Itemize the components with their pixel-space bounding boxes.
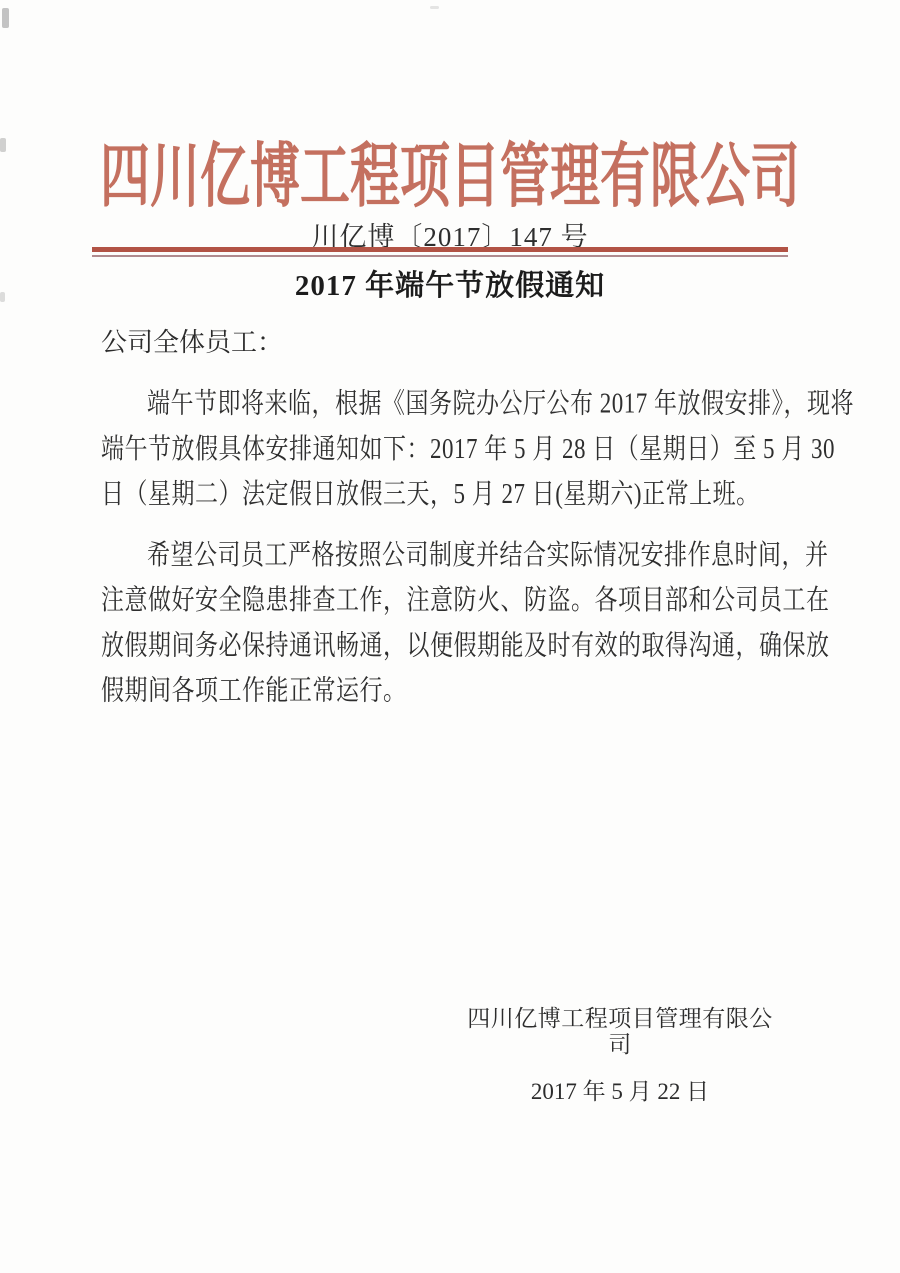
notice-body: 端午节即将来临，根据《国务院办公厅公布 2017 年放假安排》，现将 端午节放假… [101, 381, 825, 713]
notice-title: 2017 年端午节放假通知 [0, 263, 900, 304]
scan-artifact [430, 6, 439, 9]
salutation: 公司全体员工： [101, 322, 283, 359]
scan-artifact [2, 8, 9, 28]
red-divider [92, 247, 788, 257]
letterhead-company-name: 四川亿博工程项目管理有限公司 [0, 120, 900, 221]
body-line: 日（星期二）法定假日放假三天，5 月 27 日(星期六)正常上班。 [101, 471, 825, 516]
signature-company-name: 四川亿博工程项目管理有限公司 [458, 1006, 782, 1058]
body-line: 端午节即将来临，根据《国务院办公厅公布 2017 年放假安排》，现将 [101, 381, 825, 426]
body-line: 端午节放假具体安排通知如下：2017 年 5 月 28 日（星期日）至 5 月 … [101, 426, 825, 471]
red-divider-thin-line [92, 255, 788, 257]
paragraph-2: 希望公司员工严格按照公司制度并结合实际情况安排作息时间，并 注意做好安全隐患排查… [101, 532, 825, 713]
body-line: 希望公司员工严格按照公司制度并结合实际情况安排作息时间，并 [101, 532, 825, 577]
red-divider-thick-line [92, 247, 788, 252]
body-line: 注意做好安全隐患排查工作，注意防火、防盗。各项目部和公司员工在 [101, 577, 825, 622]
paragraph-1: 端午节即将来临，根据《国务院办公厅公布 2017 年放假安排》，现将 端午节放假… [101, 381, 825, 516]
signature-date: 2017 年 5 月 22 日 [458, 1079, 782, 1105]
signature-block: 四川亿博工程项目管理有限公司 2017 年 5 月 22 日 [458, 1006, 782, 1105]
body-line: 放假期间务必保持通讯畅通，以便假期能及时有效的取得沟通，确保放 [101, 623, 825, 668]
document-page: 四川亿博工程项目管理有限公司 川亿博〔2017〕147 号 2017 年端午节放… [0, 0, 900, 1273]
body-line: 假期间各项工作能正常运行。 [101, 668, 825, 713]
